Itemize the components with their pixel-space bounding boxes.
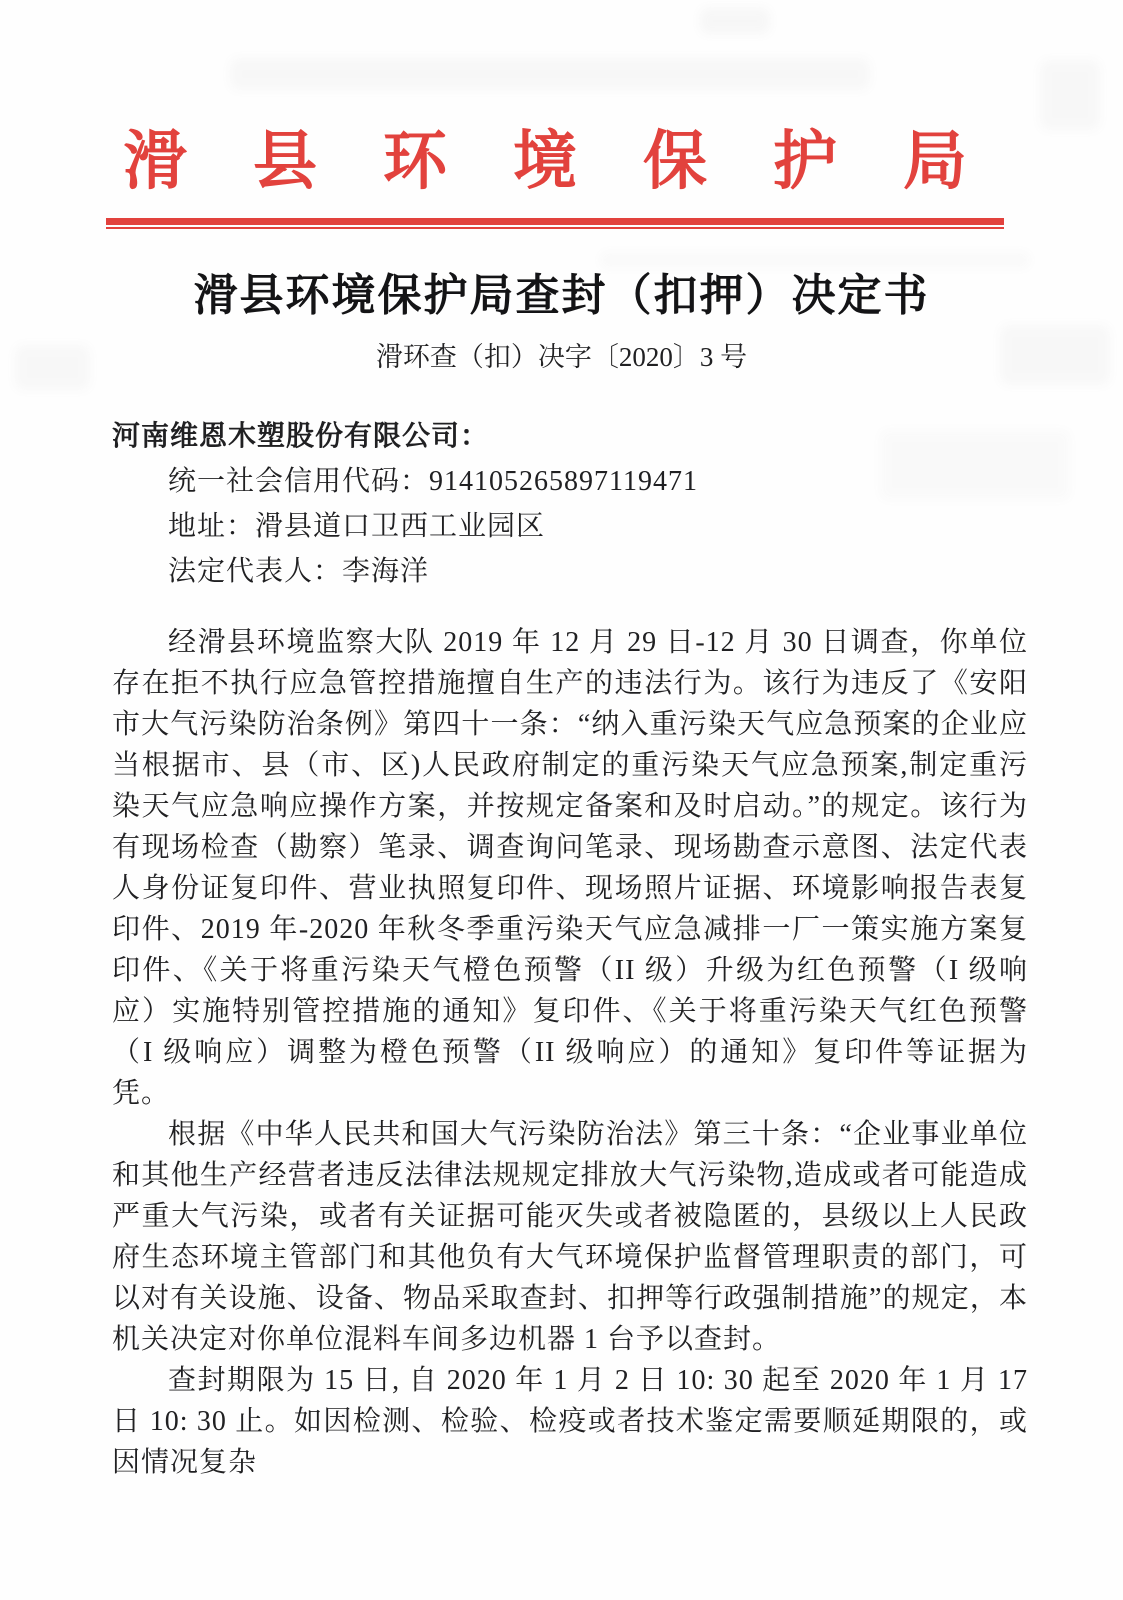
body-paragraph-violation-findings: 经滑县环境监察大队 2019 年 12 月 29 日-12 月 30 日调查，你… xyxy=(112,622,1028,1114)
recipient-legal-representative: 法定代表人：李海洋 xyxy=(112,549,1028,594)
body-paragraph-legal-basis-decision: 根据《中华人民共和国大气污染防治法》第三十条：“企业事业单位和其他生产经营者违反… xyxy=(112,1114,1028,1360)
document-title: 滑县环境保护局查封（扣押）决定书 xyxy=(0,272,1123,320)
recipient-name: 河南维恩木塑股份有限公司： xyxy=(112,414,1028,459)
scan-artifact xyxy=(600,252,1030,268)
agency-masthead: 滑县环境保护局 xyxy=(123,130,1033,194)
scan-artifact xyxy=(1040,60,1100,130)
masthead-rule-thick-line xyxy=(106,218,1004,225)
scan-artifact xyxy=(230,58,870,90)
document-body: 河南维恩木塑股份有限公司： 统一社会信用代码：91410526589711947… xyxy=(112,414,1028,1483)
document-number: 滑环查（扣）决字〔2020〕3 号 xyxy=(0,340,1123,374)
recipient-credit-code: 统一社会信用代码：914105265897119471 xyxy=(112,459,1028,504)
recipient-address: 地址：滑县道口卫西工业园区 xyxy=(112,504,1028,549)
masthead-rule xyxy=(106,218,1004,229)
masthead-rule-thin-line xyxy=(106,227,1004,229)
document-page: 滑县环境保护局 滑县环境保护局查封（扣押）决定书 滑环查（扣）决字〔2020〕3… xyxy=(0,0,1123,1600)
body-paragraphs: 经滑县环境监察大队 2019 年 12 月 29 日-12 月 30 日调查，你… xyxy=(112,622,1028,1483)
body-paragraph-seal-period: 查封期限为 15 日, 自 2020 年 1 月 2 日 10: 30 起至 2… xyxy=(112,1360,1028,1483)
scan-artifact xyxy=(700,8,770,34)
